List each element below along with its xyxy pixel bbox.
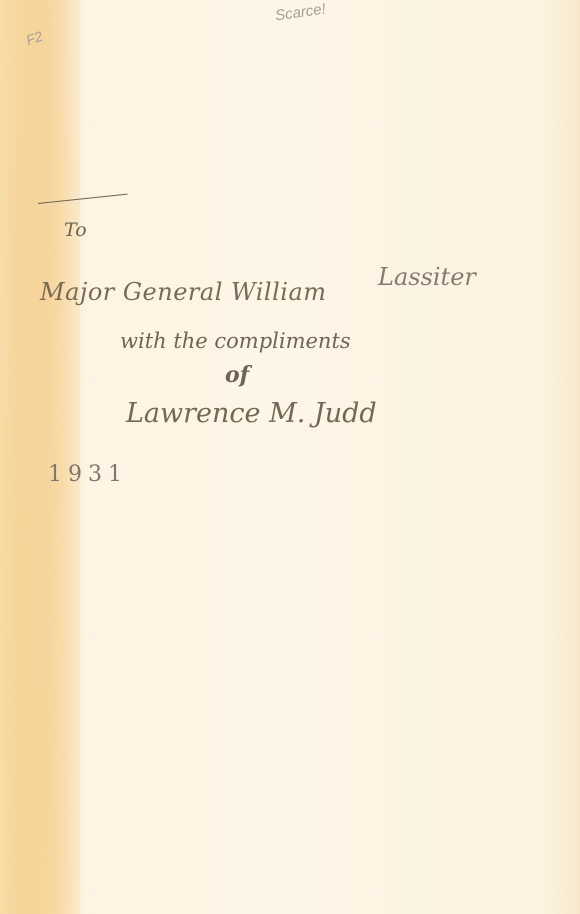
inscription-salutation: To [64,219,87,241]
edge-foxing-stain [0,0,80,914]
inscription-year: 1931 [48,462,128,487]
inscription-recipient-surname: Lassiter [378,263,476,291]
book-endpaper-page: F2 Scarce! To Major General William Lass… [0,0,580,914]
inscription-signature: Lawrence M. Judd [126,398,377,429]
inscription-compliments: with the compliments [120,329,351,353]
inscription-recipient: Major General William [40,278,327,306]
pencil-scarce-note: Scarce! [274,1,327,25]
inscription-of: of [225,362,249,388]
